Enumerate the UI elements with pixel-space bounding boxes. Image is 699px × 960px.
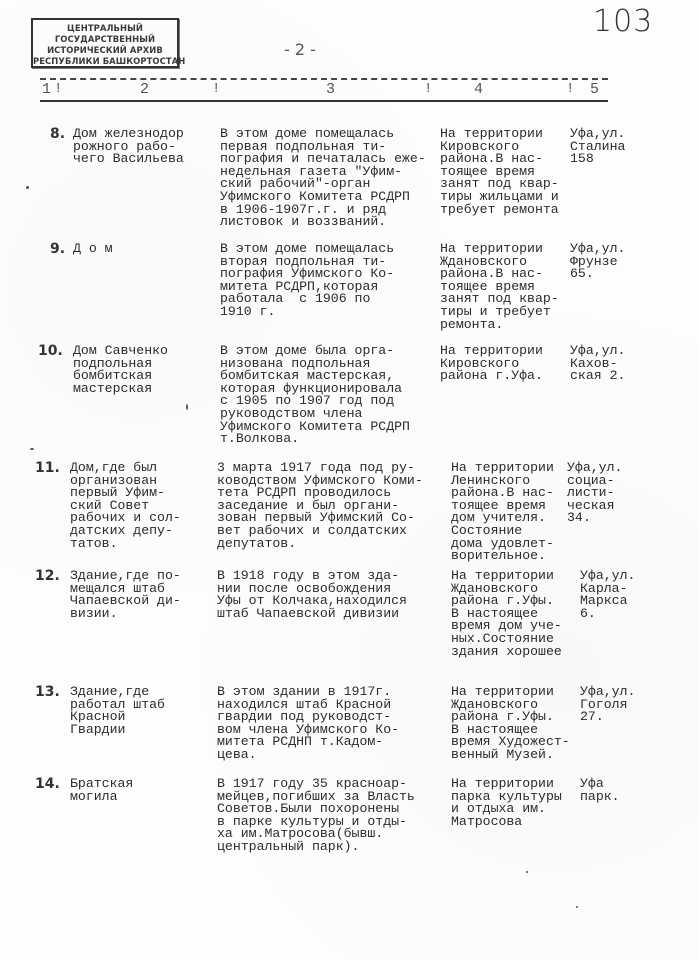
historical-description: В этом доме помещаласьпервая подпольная … (220, 128, 450, 229)
column-header: 2 (140, 81, 149, 98)
archive-stamp: ЦЕНТРАЛЬНЫЙ ГОСУДАРСТВЕННЫЙ ИСТОРИЧЕСКИЙ… (31, 18, 179, 68)
table-header: 1 ! 2 ! 3 ! 4 ! 5 (40, 78, 608, 102)
historical-description-line: депутатов. (217, 538, 447, 551)
stamp-line: ГОСУДАРСТВЕННЫЙ (33, 34, 177, 45)
speck (576, 906, 578, 908)
address: Уфа,ул.Фрунзе65. (570, 243, 650, 281)
object-name: Здание,где по-мещался штабЧапаевской ди-… (70, 570, 210, 620)
current-status: На территорииЖдановскогорайона.В нас-тоя… (440, 243, 580, 331)
object-name: Здание,гдеработал штабКраснойГвардии (70, 686, 210, 736)
historical-description-line: штаб Чапаевской дивизии (217, 608, 447, 621)
current-status: На территориипарка культурыи отдыха им.М… (451, 778, 591, 828)
object-name: Дом,где былорганизованпервый Уфим-ский С… (70, 462, 210, 550)
address: Уфа,ул.Кахов-ская 2. (570, 345, 650, 383)
folio-number: 103 (593, 4, 653, 39)
address-line: парк. (580, 791, 660, 804)
current-status: На территорииЖдановскогорайона г.Уфы.В н… (451, 570, 591, 658)
stamp-line: ИСТОРИЧЕСКИЙ АРХИВ (33, 45, 177, 56)
speck (186, 404, 188, 410)
historical-description-line: 1910 г. (220, 306, 450, 319)
entry-number: 12. (35, 570, 60, 583)
current-status-line: Матросова (451, 816, 591, 829)
page-number: - 2 - (284, 40, 316, 59)
object-name-line: мастерская (73, 383, 213, 396)
column-header: 5 (590, 81, 599, 98)
entry-number: 10. (38, 345, 63, 358)
address: Уфапарк. (580, 778, 660, 803)
historical-description-line: листовок и воззваний. (220, 216, 450, 229)
current-status-line: требует ремонта (440, 204, 580, 217)
historical-description: 3 марта 1917 года под ру-ководством Уфим… (217, 462, 447, 550)
historical-description-line: центральный парк). (217, 841, 447, 854)
object-name: Д о м (73, 243, 213, 256)
speck (526, 871, 528, 873)
address-line: ская 2. (570, 370, 650, 383)
current-status: На территорииКировскогорайона г.Уфа. (440, 345, 580, 383)
column-header: 1 (42, 81, 51, 98)
object-name-line: Гвардии (70, 724, 210, 737)
historical-description: В 1918 году в этом зда-нии после освобож… (217, 570, 447, 620)
current-status-line: здания хорошее (451, 646, 591, 659)
historical-description-line: т.Волкова. (220, 433, 450, 446)
column-header: 4 (474, 81, 483, 98)
historical-description: В этом доме помещаласьвторая подпольная … (220, 243, 450, 319)
object-name-line: могила (70, 791, 210, 804)
current-status: На территорииКировскогорайона.В нас-тоящ… (440, 128, 580, 216)
current-status-line: ворительное. (451, 550, 591, 563)
column-separator: ! (54, 81, 62, 97)
address-line: 34. (567, 512, 647, 525)
current-status: На территорииЖдановскогорайона г.Уфы.В н… (451, 686, 591, 762)
address: Уфа,ул.Гоголя27. (580, 686, 660, 724)
current-status-line: района г.Уфа. (440, 370, 580, 383)
entry-number: 11. (35, 462, 60, 475)
historical-description: В 1917 году 35 красноар-мейцев,погибших … (217, 778, 447, 854)
column-separator: ! (566, 81, 574, 97)
speck (26, 186, 29, 189)
address-line: 158 (570, 153, 650, 166)
object-name: Дом железнодоррожного рабо-чего Васильев… (73, 128, 213, 166)
address-line: 6. (580, 608, 660, 621)
speck (30, 448, 34, 450)
entry-number: 14. (35, 778, 60, 791)
stamp-line: РЕСПУБЛИКИ БАШКОРТОСТАН (33, 56, 177, 67)
address: Уфа,ул.Карла-Маркса6. (580, 570, 660, 620)
address: Уфа,ул.социа-листи-ческая34. (567, 462, 647, 525)
column-separator: ! (424, 81, 432, 97)
object-name-line: чего Васильева (73, 153, 213, 166)
document-page: ЦЕНТРАЛЬНЫЙ ГОСУДАРСТВЕННЫЙ ИСТОРИЧЕСКИЙ… (0, 0, 699, 960)
stamp-line: ЦЕНТРАЛЬНЫЙ (33, 23, 177, 34)
column-separator: ! (212, 81, 220, 97)
address-line: 65. (570, 268, 650, 281)
entry-number: 9. (50, 243, 65, 256)
current-status-line: ремонта. (440, 319, 580, 332)
object-name: Братскаямогила (70, 778, 210, 803)
object-name-line: татов. (70, 538, 210, 551)
entry-number: 13. (35, 686, 60, 699)
column-header: 3 (326, 81, 335, 98)
object-name-line: Д о м (73, 243, 213, 256)
object-name-line: визии. (70, 608, 210, 621)
historical-description: В этом здании в 1917г.находился штаб Кра… (217, 686, 447, 762)
historical-description-line: цева. (217, 749, 447, 762)
object-name: Дом Савченкоподпольнаябомбитскаямастерск… (73, 345, 213, 395)
address-line: 27. (580, 711, 660, 724)
address: Уфа,ул.Сталина158 (570, 128, 650, 166)
entry-number: 8. (50, 128, 65, 141)
historical-description: В этом доме была орга-низована подпольна… (220, 345, 450, 446)
current-status-line: венный Музей. (451, 749, 591, 762)
